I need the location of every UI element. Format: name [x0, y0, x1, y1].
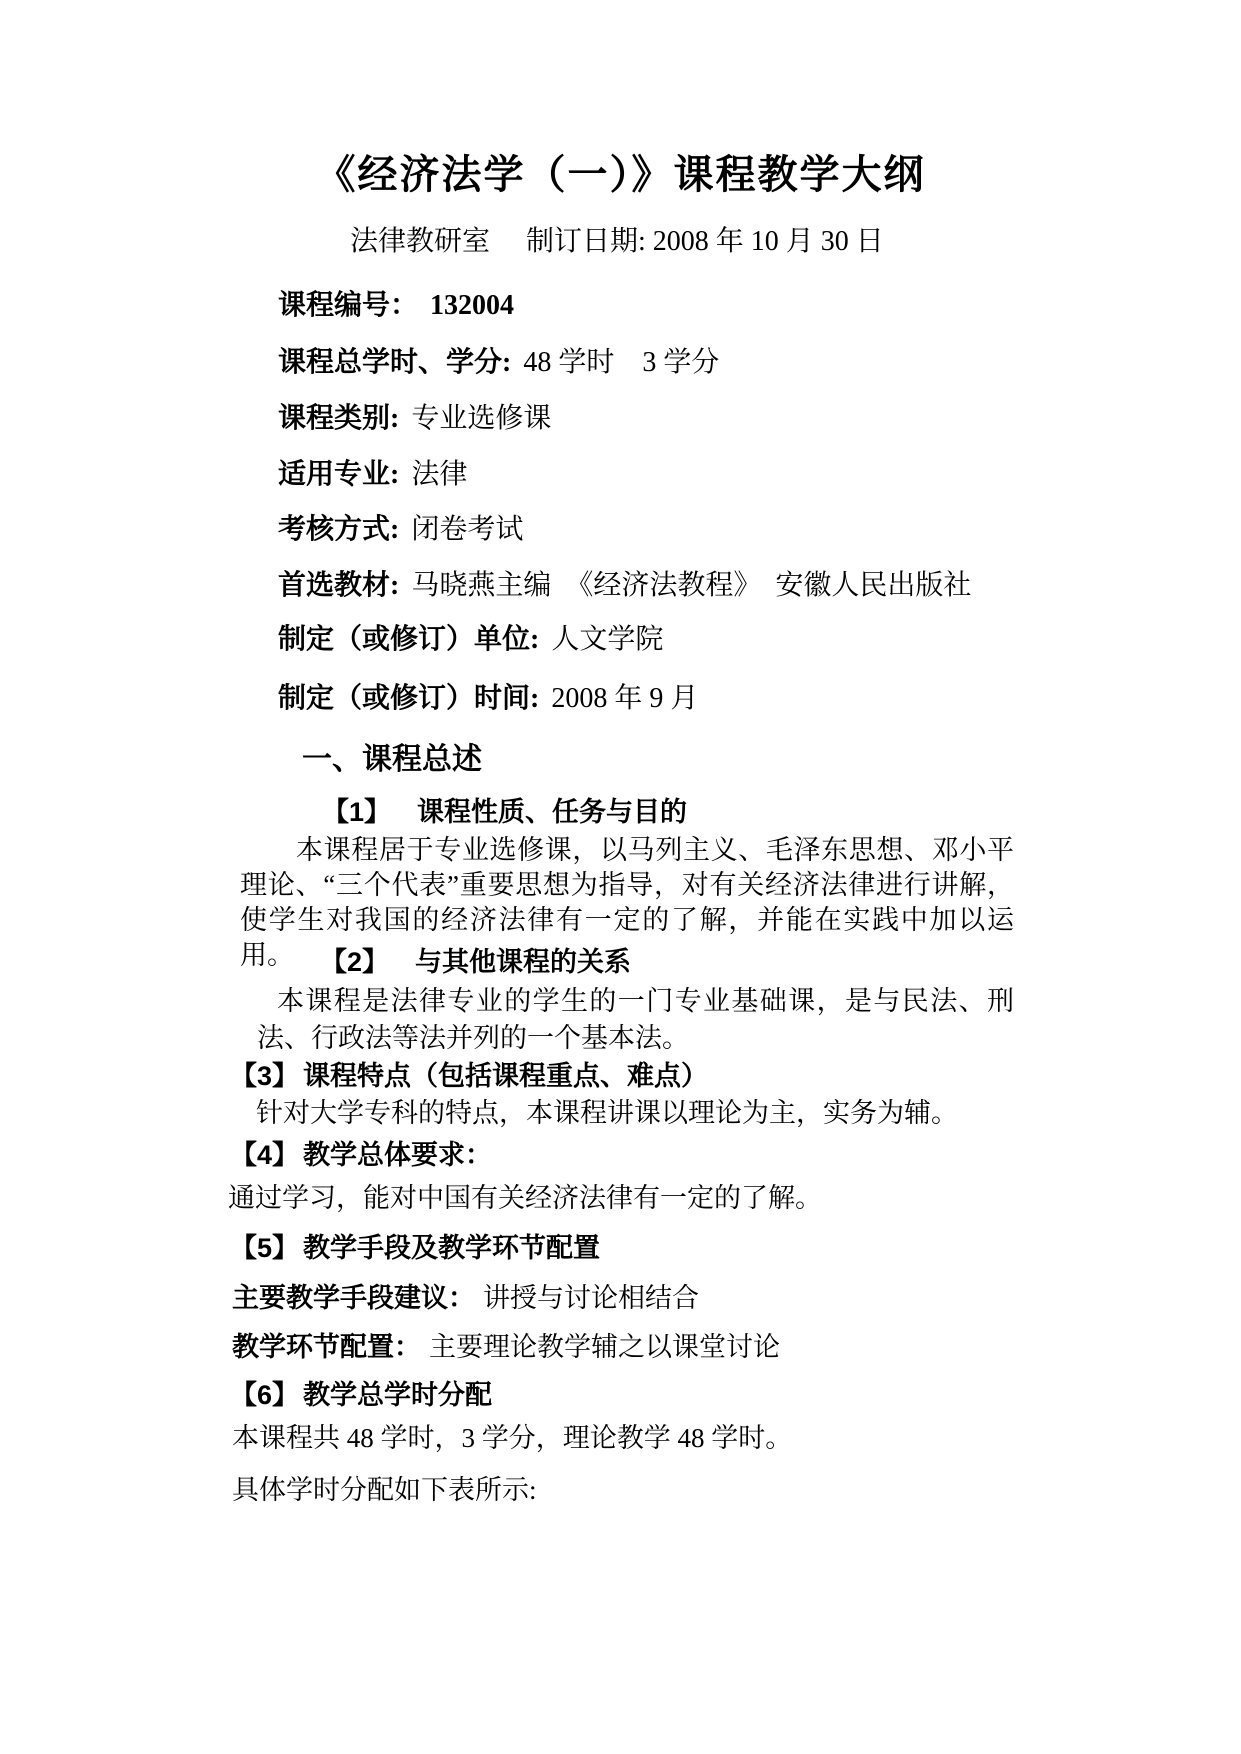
meta-label: 制定（或修订）单位: — [278, 624, 539, 655]
byline: 法律教研室制订日期: 2008 年 10 月 30 日 — [350, 219, 884, 259]
heading-title: 课程特点（包括课程重点、难点） — [303, 1061, 708, 1091]
meta-label: 课程类别: — [278, 403, 399, 434]
byline-date: 制订日期: 2008 年 10 月 30 日 — [526, 226, 884, 257]
meta-label: 适用专业: — [278, 459, 399, 490]
meta-label: 制定（或修订）时间: — [278, 683, 539, 714]
heading-title: 教学总体要求： — [303, 1140, 492, 1170]
meta-value: 2008 年 9 月 — [551, 683, 698, 714]
document-title: 《经济法学（一）》课程教学大纲 — [0, 143, 1241, 200]
heading-3-course-features: 【3】课程特点（包括课程重点、难点） — [230, 1054, 708, 1093]
meta-label: 课程编号： — [278, 290, 418, 321]
field-teaching-means: 主要教学手段建议：讲授与讨论相结合 — [232, 1276, 699, 1315]
heading-6-total-hours: 【6】教学总学时分配 — [230, 1373, 492, 1412]
paragraph-course-features: 针对大学专科的特点，本课程讲课以理论为主，实务为辅。 — [230, 1096, 1030, 1131]
meta-value: 人文学院 — [551, 624, 663, 655]
meta-value: 闭卷考试 — [411, 514, 523, 545]
heading-2-relation-courses: 【2】与其他课程的关系 — [320, 940, 631, 979]
paragraph-overall-requirements: 通过学习，能对中国有关经济法律有一定的了解。 — [228, 1181, 1028, 1216]
heading-number: 【3】 — [230, 1061, 299, 1091]
meta-issuing-date: 制定（或修订）时间:2008 年 9 月 — [278, 676, 698, 716]
field-teaching-links: 教学环节配置：主要理论教学辅之以课堂讨论 — [232, 1325, 780, 1364]
meta-label: 首选教材: — [278, 570, 399, 601]
meta-major: 适用专业:法律 — [278, 452, 467, 492]
meta-issuing-unit: 制定（或修订）单位:人文学院 — [278, 617, 663, 657]
syllabus-page: 《经济法学（一）》课程教学大纲 法律教研室制订日期: 2008 年 10 月 3… — [0, 0, 1241, 1754]
heading-number: 【2】 — [320, 947, 389, 977]
heading-4-overall-requirements: 【4】教学总体要求： — [230, 1133, 492, 1172]
meta-course-type: 课程类别:专业选修课 — [278, 396, 551, 436]
meta-value: 132004 — [430, 290, 514, 321]
field-label: 主要教学手段建议： — [232, 1283, 475, 1313]
heading-number: 【1】 — [322, 797, 391, 827]
section-heading-overview: 一、课程总述 — [302, 734, 482, 778]
paragraph-relation-courses: 本课程是法律专业的学生的一门专业基础课，是与民法、刑法、行政法等法并列的一个基本… — [257, 983, 1014, 1057]
heading-title: 课程性质、任务与目的 — [417, 797, 687, 827]
meta-course-code: 课程编号：132004 — [278, 283, 514, 323]
meta-label: 考核方式: — [278, 514, 399, 545]
meta-value: 48 学时 3 学分 — [523, 347, 719, 378]
meta-value: 马晓燕主编 《经济法教程》 安徽人民出版社 — [411, 570, 971, 601]
paragraph-hours-note: 具体学时分配如下表所示: — [232, 1473, 1032, 1508]
heading-1-course-nature: 【1】课程性质、任务与目的 — [322, 790, 687, 829]
field-label: 教学环节配置： — [232, 1332, 421, 1362]
meta-textbook: 首选教材:马晓燕主编 《经济法教程》 安徽人民出版社 — [278, 563, 971, 603]
meta-value: 法律 — [411, 459, 467, 490]
meta-exam-mode: 考核方式:闭卷考试 — [278, 507, 523, 547]
heading-title: 教学手段及教学环节配置 — [303, 1233, 600, 1263]
heading-number: 【4】 — [230, 1140, 299, 1170]
meta-hours-credits: 课程总学时、学分:48 学时 3 学分 — [278, 340, 719, 380]
field-value: 主要理论教学辅之以课堂讨论 — [429, 1332, 780, 1362]
paragraph-hours-summary: 本课程共 48 学时，3 学分，理论教学 48 学时。 — [232, 1421, 1032, 1456]
heading-title: 教学总学时分配 — [303, 1380, 492, 1410]
byline-unit: 法律教研室 — [350, 226, 490, 257]
heading-title: 与其他课程的关系 — [415, 947, 631, 977]
heading-number: 【5】 — [230, 1233, 299, 1263]
meta-value: 专业选修课 — [411, 403, 551, 434]
heading-5-teaching-means: 【5】教学手段及教学环节配置 — [230, 1226, 600, 1265]
heading-number: 【6】 — [230, 1380, 299, 1410]
field-value: 讲授与讨论相结合 — [483, 1283, 699, 1313]
meta-label: 课程总学时、学分: — [278, 347, 511, 378]
